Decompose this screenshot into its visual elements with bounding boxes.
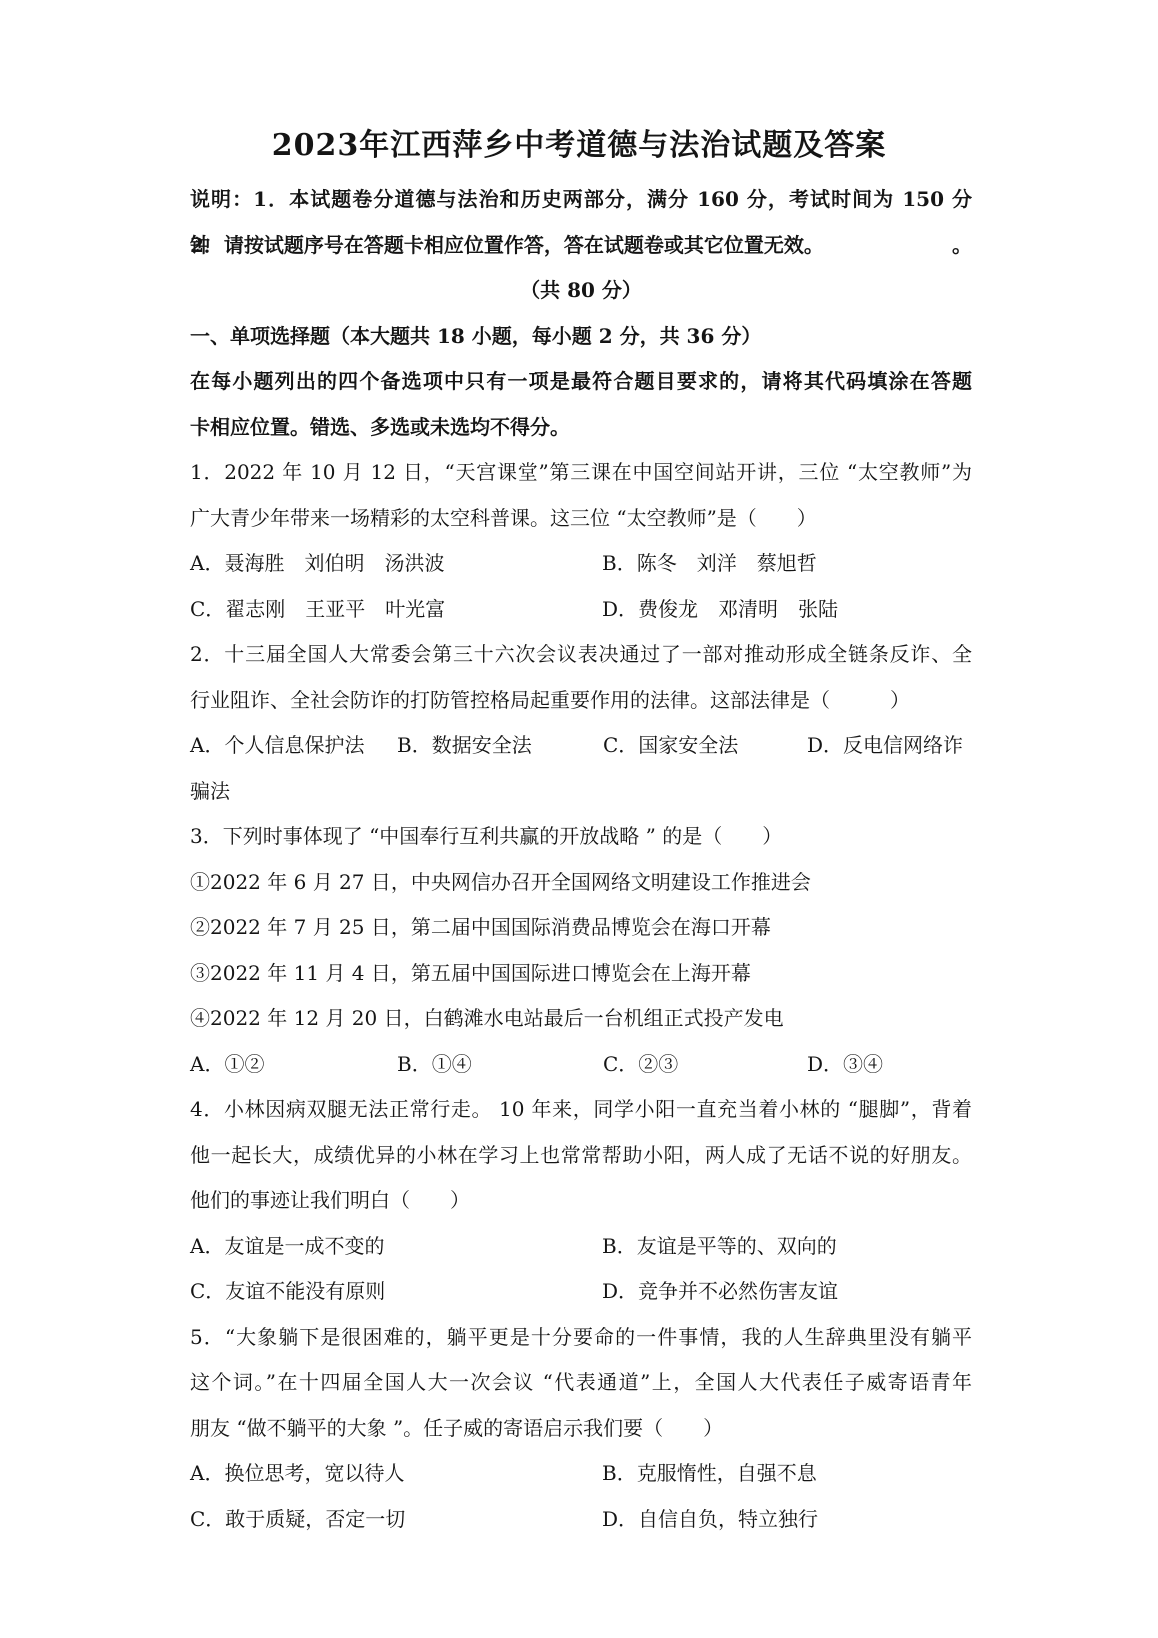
document-body: 说明：1．本试题卷分道德与法治和历史两部分，满分 160 分，考试时间为 150…: [190, 177, 972, 1542]
q5-text-line-1: 5．“大象躺下是很困难的，躺平更是十分要命的一件事情，我的人生辞典里没有躺平: [190, 1315, 972, 1361]
q3-item-2: ②2022 年 7 月 25 日，第二届中国国际消费品博览会在海口开幕: [190, 905, 972, 951]
q1-options-row-ab: A．聂海胜 刘伯明 汤洪波 B．陈冬 刘洋 蔡旭哲: [190, 541, 972, 587]
q2-option-c: C．国家安全法: [603, 723, 738, 769]
q5-text-line-3: 朋友 “做不躺平的大象 ”。任子威的寄语启示我们要（ ）: [190, 1406, 972, 1452]
q3-option-a: A．①②: [190, 1042, 264, 1088]
exam-paper-page: 2023年江西萍乡中考道德与法治试题及答案 说明：1．本试题卷分道德与法治和历史…: [0, 0, 1158, 1638]
q3-options-row: A．①② B．①④ C．②③ D．③④: [190, 1042, 972, 1088]
q1-option-d: D．费俊龙 邓清明 张陆: [602, 587, 838, 633]
q4-option-b: B．友谊是平等的、双向的: [602, 1224, 837, 1270]
q4-option-d: D．竞争并不必然伤害友谊: [602, 1269, 838, 1315]
section-heading: 一、单项选择题（本大题共 18 小题，每小题 2 分，共 36 分）: [190, 314, 972, 360]
q3-item-3: ③2022 年 11 月 4 日，第五届中国国际进口博览会在上海开幕: [190, 951, 972, 997]
q1-options-row-cd: C．翟志刚 王亚平 叶光富 D．费俊龙 邓清明 张陆: [190, 587, 972, 633]
section-note-line-1: 在每小题列出的四个备选项中只有一项是最符合题目要求的，请将其代码填涂在答题: [190, 359, 972, 405]
q1-text-line-1: 1．2022 年 10 月 12 日，“天宫课堂”第三课在中国空间站开讲，三位 …: [190, 450, 972, 496]
instruction-line-1: 说明：1．本试题卷分道德与法治和历史两部分，满分 160 分，考试时间为 150…: [190, 177, 972, 223]
q1-text-line-2: 广大青少年带来一场精彩的太空科普课。这三位 “太空教师”是（ ）: [190, 496, 972, 542]
q3-option-d: D．③④: [807, 1042, 883, 1088]
q2-option-d-continuation: 骗法: [190, 769, 972, 815]
section-note-line-2: 卡相应位置。错选、多选或未选均不得分。: [190, 405, 972, 451]
q1-option-a: A．聂海胜 刘伯明 汤洪波: [190, 541, 444, 587]
q5-option-b: B．克服惰性，自强不息: [602, 1451, 817, 1497]
q2-options-row: A．个人信息保护法 B．数据安全法 C．国家安全法 D．反电信网络诈: [190, 723, 972, 769]
q4-option-c: C．友谊不能没有原则: [190, 1269, 385, 1315]
total-score-line: （共 80 分）: [190, 268, 972, 314]
q2-option-d: D．反电信网络诈: [807, 723, 963, 769]
q2-text-line-1: 2．十三届全国人大常委会第三十六次会议表决通过了一部对推动形成全链条反诈、全: [190, 632, 972, 678]
q5-option-a: A．换位思考，宽以待人: [190, 1451, 404, 1497]
q1-option-c: C．翟志刚 王亚平 叶光富: [190, 587, 445, 633]
q3-item-4: ④2022 年 12 月 20 日，白鹤滩水电站最后一台机组正式投产发电: [190, 996, 972, 1042]
q3-text-line-1: 3．下列时事体现了 “中国奉行互利共赢的开放战略 ” 的是（ ）: [190, 814, 972, 860]
q5-options-row-ab: A．换位思考，宽以待人 B．克服惰性，自强不息: [190, 1451, 972, 1497]
q5-text-line-2: 这个词。”在十四届全国人大一次会议 “代表通道”上，全国人大代表任子威寄语青年: [190, 1360, 972, 1406]
q4-options-row-cd: C．友谊不能没有原则 D．竞争并不必然伤害友谊: [190, 1269, 972, 1315]
q3-option-c: C．②③: [603, 1042, 678, 1088]
q4-text-line-1: 4．小林因病双腿无法正常行走。 10 年来，同学小阳一直充当着小林的 “腿脚”，…: [190, 1087, 972, 1133]
q4-text-line-3: 他们的事迹让我们明白（ ）: [190, 1178, 972, 1224]
q4-option-a: A．友谊是一成不变的: [190, 1224, 384, 1270]
q2-option-a: A．个人信息保护法: [190, 723, 364, 769]
q2-option-b: B．数据安全法: [397, 723, 532, 769]
q4-options-row-ab: A．友谊是一成不变的 B．友谊是平等的、双向的: [190, 1224, 972, 1270]
q5-options-row-cd: C．敢于质疑，否定一切 D．自信自负，特立独行: [190, 1497, 972, 1543]
page-title: 2023年江西萍乡中考道德与法治试题及答案: [0, 120, 1158, 164]
q3-item-1: ①2022 年 6 月 27 日，中央网信办召开全国网络文明建设工作推进会: [190, 860, 972, 906]
q1-option-b: B．陈冬 刘洋 蔡旭哲: [602, 541, 817, 587]
q2-text-line-2: 行业阻诈、全社会防诈的打防管控格局起重要作用的法律。这部法律是（ ）: [190, 678, 972, 724]
q3-option-b: B．①④: [397, 1042, 472, 1088]
q5-option-c: C．敢于质疑，否定一切: [190, 1497, 405, 1543]
q4-text-line-2: 他一起长大，成绩优异的小林在学习上也常常帮助小阳，两人成了无话不说的好朋友。: [190, 1133, 972, 1179]
q5-option-d: D．自信自负，特立独行: [602, 1497, 818, 1543]
